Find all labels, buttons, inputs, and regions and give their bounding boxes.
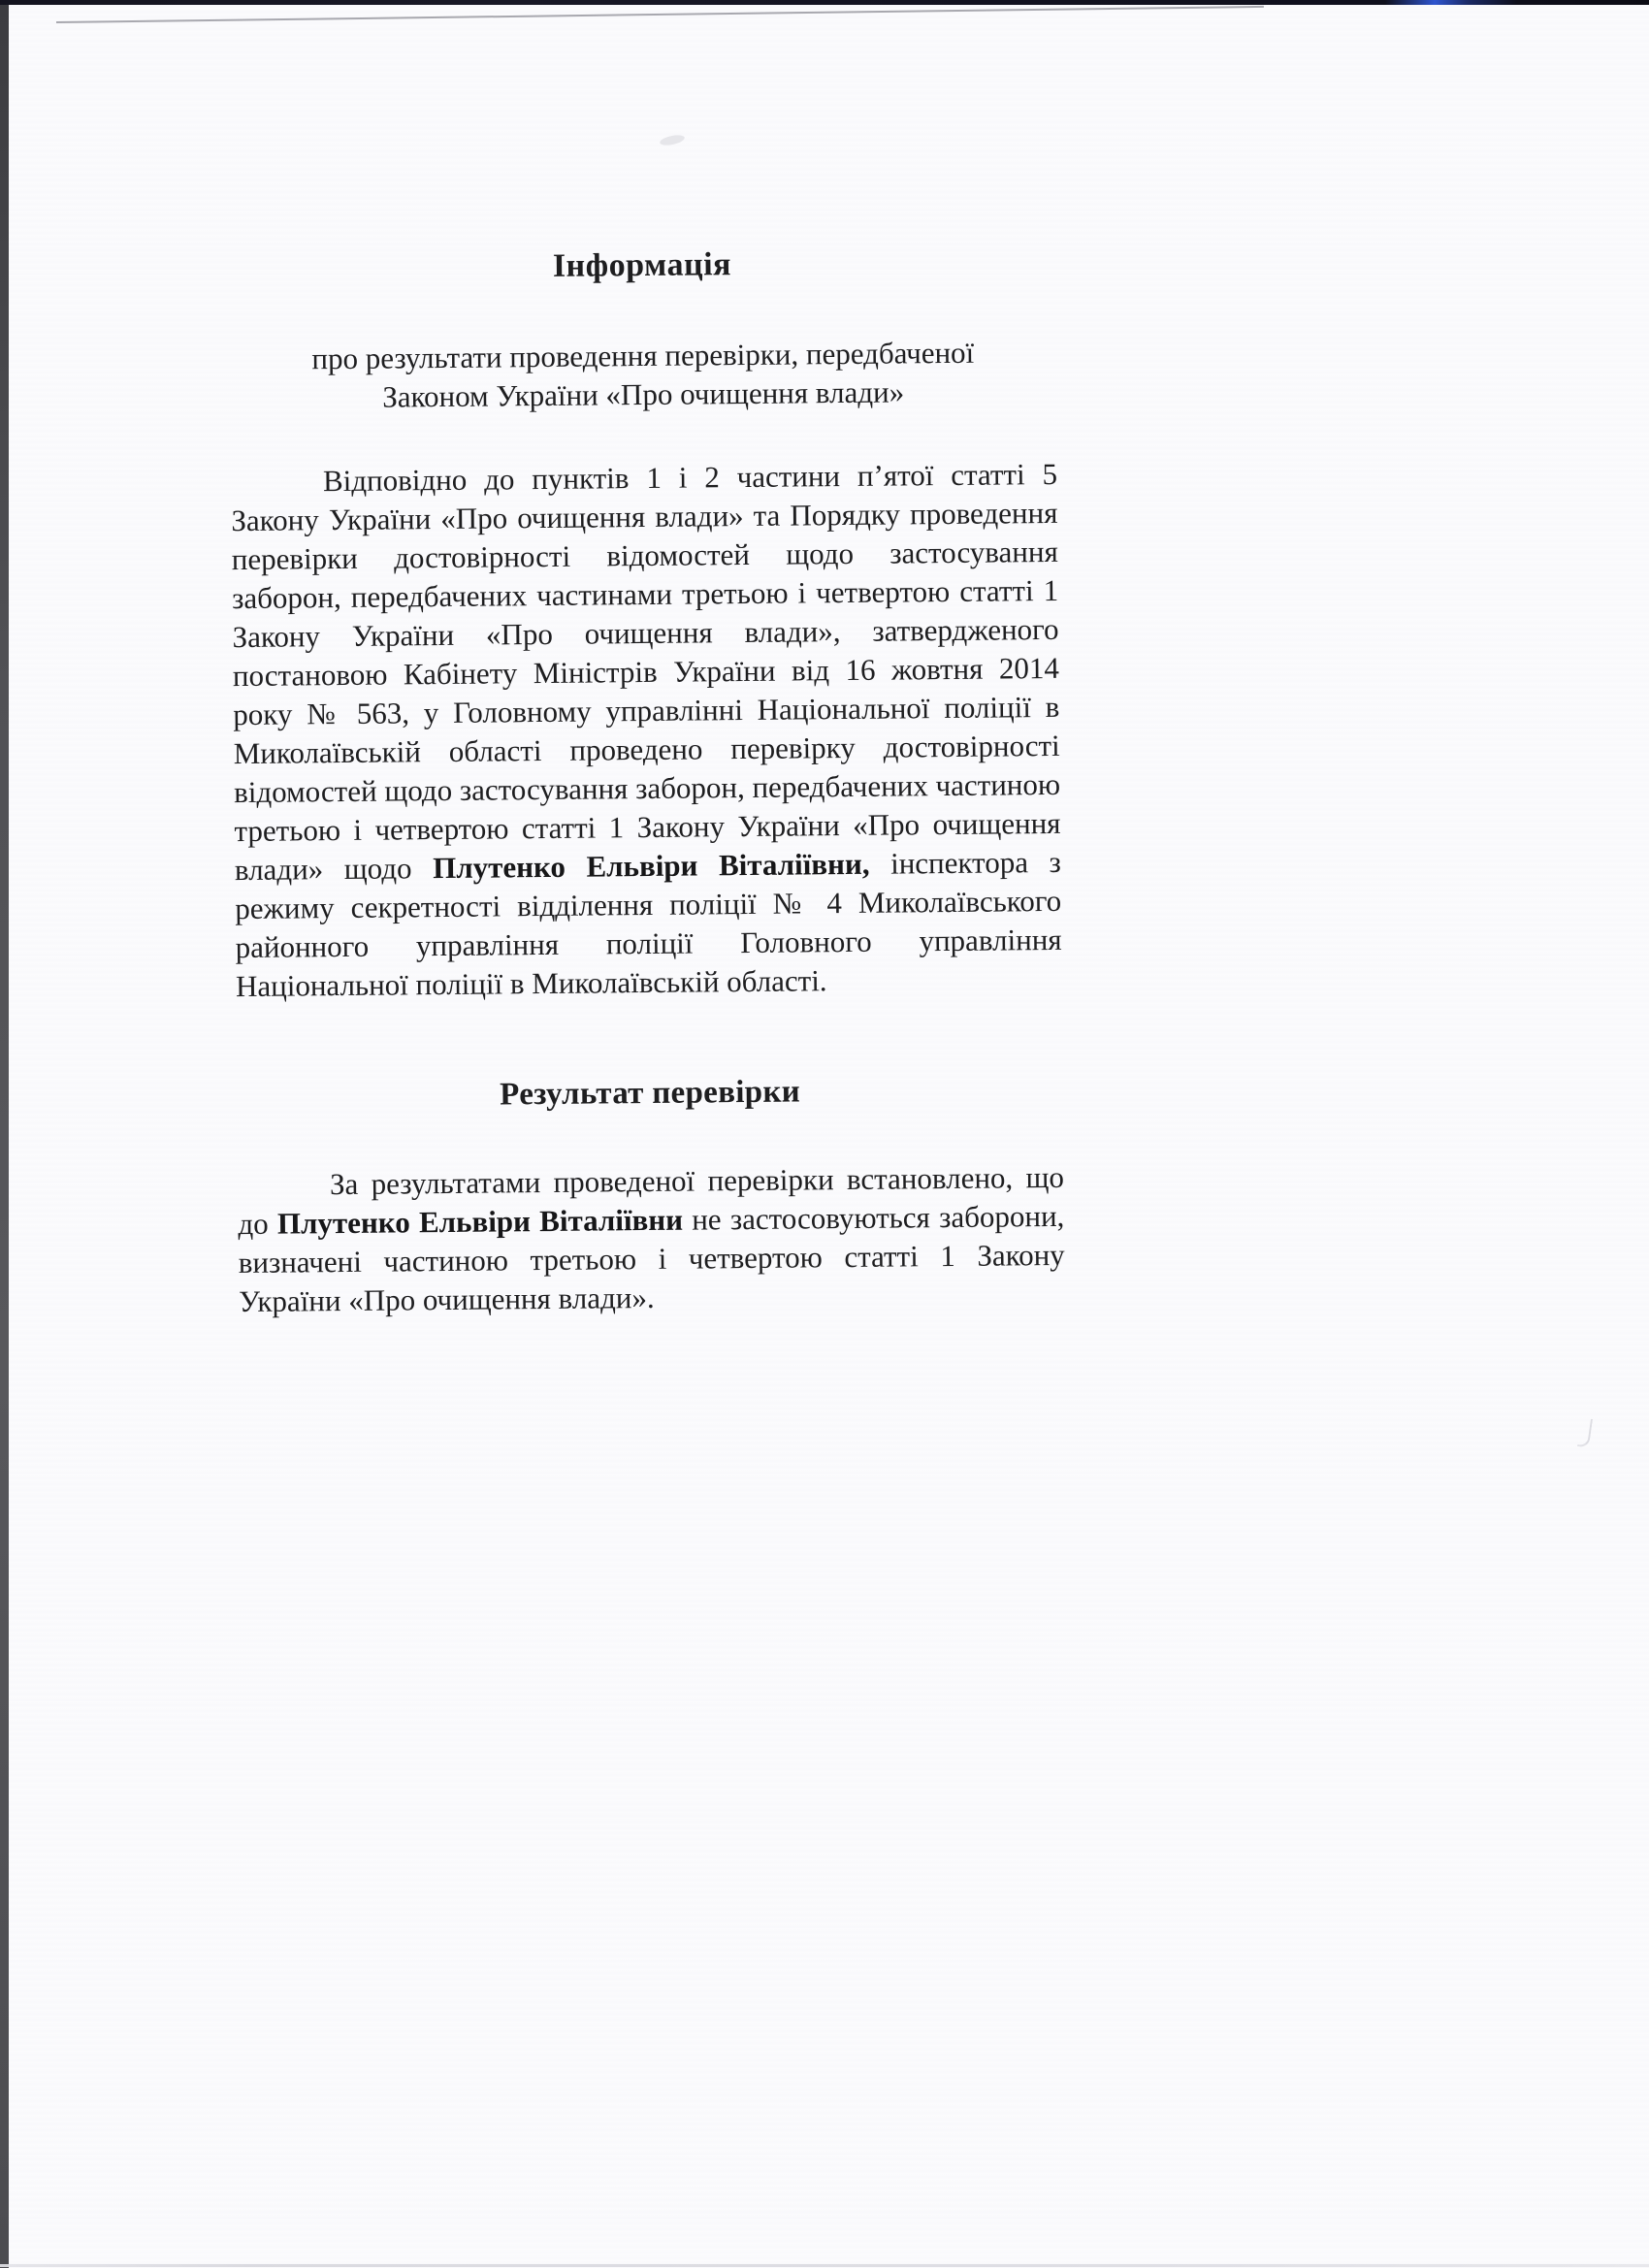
document-title: Інформація — [229, 241, 1055, 291]
scan-smudge — [1577, 1417, 1593, 1447]
paragraph-verification-result: За результатами проведеної перевірки вст… — [238, 1158, 1065, 1321]
paragraph-verification-basis: Відповідно до пунктів 1 і 2 частини п’ят… — [231, 455, 1062, 1006]
subtitle-line-1: про результати проведення перевірки, пер… — [311, 336, 974, 376]
document-subtitle: про результати проведення перевірки, пер… — [230, 333, 1057, 418]
paragraph1-text-before-name: Відповідно до пунктів 1 і 2 частини п’ят… — [231, 457, 1060, 887]
scan-left-edge-strip — [0, 0, 9, 2268]
section-heading-result: Результат перевірки — [237, 1068, 1063, 1118]
person-name-bold: Плутенко Ельвіри Віталіївни, — [433, 847, 870, 885]
scan-bottom-edge-line — [0, 2264, 1649, 2267]
document-body: Інформація про результати проведення пер… — [226, 0, 1065, 1321]
subtitle-line-2: Законом України «Про очищення влади» — [382, 374, 904, 413]
scanned-page: Інформація про результати проведення пер… — [0, 0, 1649, 2268]
person-name-bold: Плутенко Ельвіри Віталіївни — [277, 1203, 683, 1241]
